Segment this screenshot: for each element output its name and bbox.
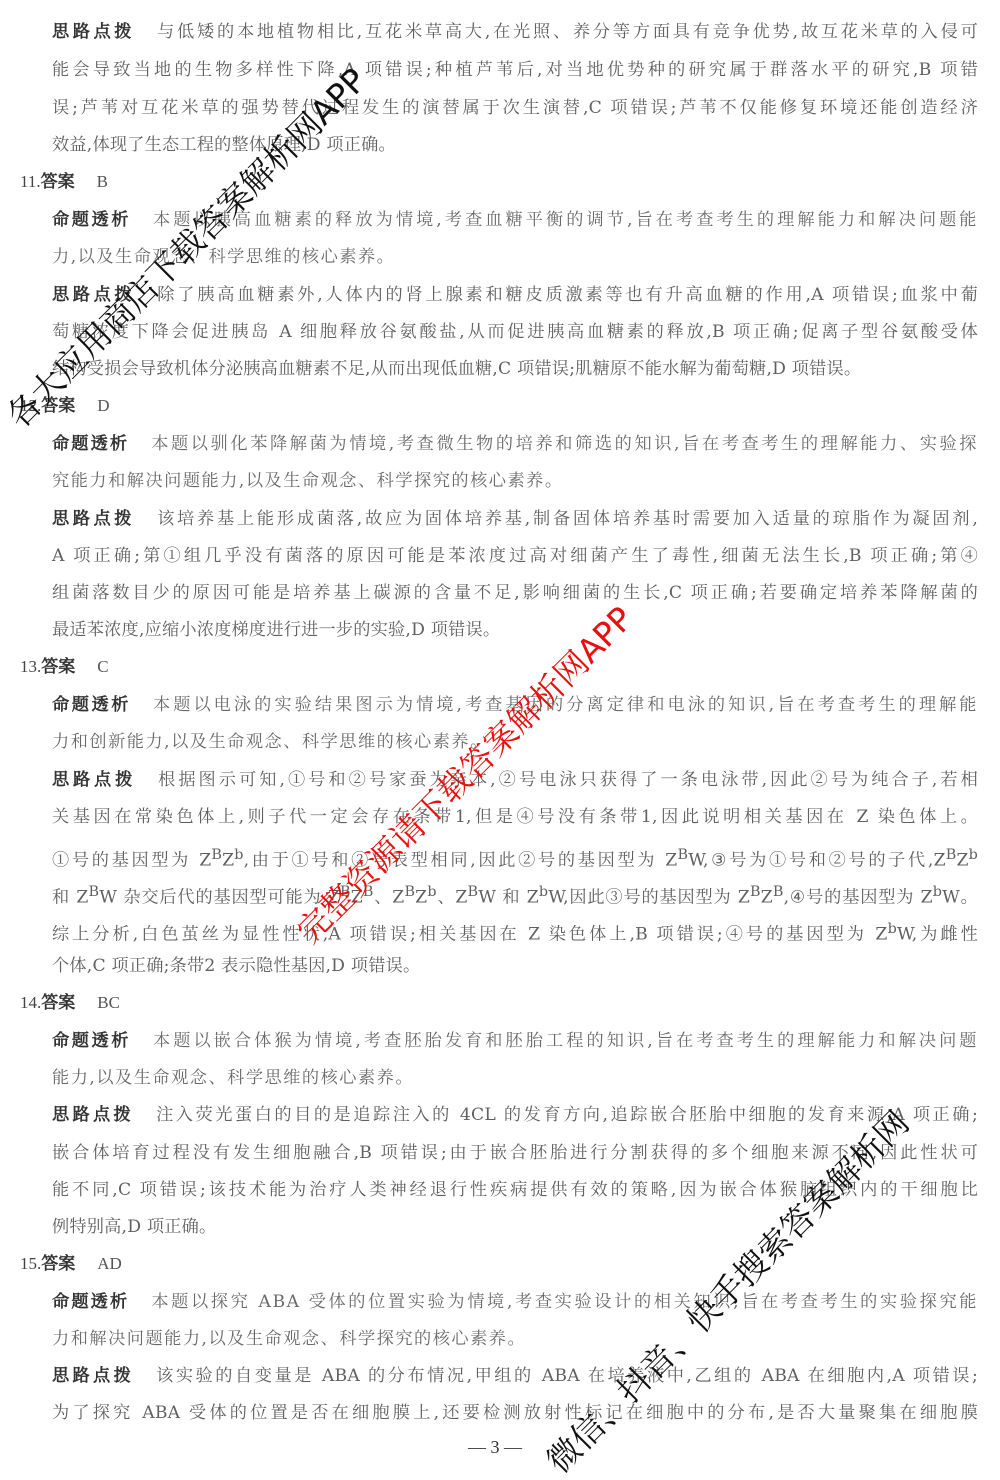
analysis-line: 例特别高,D 项正确。 [52,1217,978,1237]
question-15-header: 15.答案AD [20,1254,122,1274]
analysis-line: 思路点拨注入荧光蛋白的目的是追踪注入的 4CL 的发育方向,追踪嵌合胚胎中细胞的… [52,1105,978,1125]
intent-line: 力和创新能力,以及生命观念、科学思维的核心素养。 [52,732,978,752]
answer-value: C [97,657,108,676]
analysis-line: 为了探究 ABA 受体的位置是否在细胞膜上,还要检测放射性标记在细胞中的分布,是… [52,1403,978,1423]
intent-line: 命题透析本题以胰高血糖素的释放为情境,考查血糖平衡的调节,旨在考查考生的理解能力… [52,210,978,230]
analysis-line: 误;芦苇对互花米草的强势替代过程发生的演替属于次生演替,C 项错误;芦苇不仅能修… [52,98,978,118]
analysis-line: 思路点拨与低矮的本地植物相比,互花米草高大,在光照、养分等方面具有竞争优势,故互… [52,22,978,42]
analysis-line: 能会导致当地的生物多样性下降,A 项错误;种植芦苇后,对当地优势种的研究属于群落… [52,60,978,80]
intent-line: 命题透析本题以驯化苯降解菌为情境,考查微生物的培养和筛选的知识,旨在考查考生的理… [52,434,978,454]
intent-line: 命题透析本题以电泳的实验结果图示为情境,考查基因的分离定律和电泳的知识,旨在考查… [52,695,978,715]
analysis-line: 综上分析,白色茧丝为显性性状,A 项错误;相关基因在 Z 染色体上,B 项错误;… [52,919,978,945]
analysis-line: 组菌落数目少的原因可能是培养基上碳源的含量不足,影响细菌的生长,C 项正确;若要… [52,583,978,603]
document-page: 思路点拨与低矮的本地植物相比,互花米草高大,在光照、养分等方面具有竞争优势,故互… [0,0,1000,1480]
analysis-line: 思路点拨该实验的自变量是 ABA 的分布情况,甲组的 ABA 在培养液中,乙组的… [52,1366,978,1386]
question-13-header: 13.答案C [20,657,109,677]
answer-value: D [97,396,109,415]
analysis-line: 思路点拨除了胰高血糖素外,人体内的肾上腺素和糖皮质激素等也有升高血糖的作用,A … [52,285,978,305]
answer-value: AD [97,1254,122,1273]
analysis-line: 效益,体现了生态工程的整体原理,D 项正确。 [52,135,978,155]
analysis-line: ①号的基因型为 ZBZb,由于①号和②号表型相同,因此②号的基因型为 ZBW,③… [52,845,978,871]
intent-line: 力,以及生命观念、科学思维的核心素养。 [52,247,978,267]
analysis-line: 思路点拨该培养基上能形成菌落,故应为固体培养基,制备固体培养基时需要加入适量的琼… [52,509,978,529]
intent-line: 能力,以及生命观念、科学思维的核心素养。 [52,1068,978,1088]
intent-line: 命题透析本题以探究 ABA 受体的位置实验为情境,考查实验设计的相关知识,旨在考… [52,1292,978,1312]
analysis-line: 思路点拨根据图示可知,①号和②号家蚕为亲本,②号电泳只获得了一条电泳带,因此②号… [52,770,978,790]
analysis-line: 嵌合体培育过程没有发生细胞融合,B 项错误;由于嵌合胚胎进行分割获得的多个细胞来… [52,1143,978,1163]
answer-value: BC [97,993,120,1012]
intent-line: 力和解决问题能力,以及生命观念、科学探究的核心素养。 [52,1329,978,1349]
analysis-line: 关基因在常染色体上,则子代一定会存在条带1,但是④号没有条带1,因此说明相关基因… [52,807,978,827]
analysis-line: 最适苯浓度,应缩小浓度梯度进行进一步的实验,D 项错误。 [52,620,978,640]
analysis-line: A 项正确;第①组几乎没有菌落的原因可能是苯浓度过高对细菌产生了毒性,细菌无法生… [52,546,978,566]
analysis-line: 结构受损会导致机体分泌胰高血糖素不足,从而出现低血糖,C 项错误;肌糖原不能水解… [52,359,978,379]
page-number: — 3 — [468,1437,522,1458]
question-14-header: 14.答案BC [20,993,120,1013]
analysis-line: 萄糖浓度下降会促进胰岛 A 细胞释放谷氨酸盐,从而促进胰高血糖素的释放,B 项正… [52,322,978,342]
intent-line: 命题透析本题以嵌合体猴为情境,考查胚胎发育和胚胎工程的知识,旨在考查考生的理解能… [52,1031,978,1051]
analysis-label: 思路点拨 [52,22,135,42]
question-11-header: 11.答案B [20,172,108,192]
analysis-line: 能不同,C 项错误;该技术能为治疗人类神经退行性疾病提供有效的策略,因为嵌合体猴… [52,1180,978,1200]
intent-line: 究能力和解决问题能力,以及生命观念、科学探究的核心素养。 [52,471,978,491]
analysis-line: 个体,C 项正确;条带2 表示隐性基因,D 项错误。 [52,956,978,976]
answer-value: B [97,172,108,191]
analysis-line: 和 ZBW 杂交后代的基因型可能为 ZBZB、ZBZb、ZBW 和 ZbW,因此… [52,882,978,908]
question-12-header: 12.答案D [20,396,110,416]
